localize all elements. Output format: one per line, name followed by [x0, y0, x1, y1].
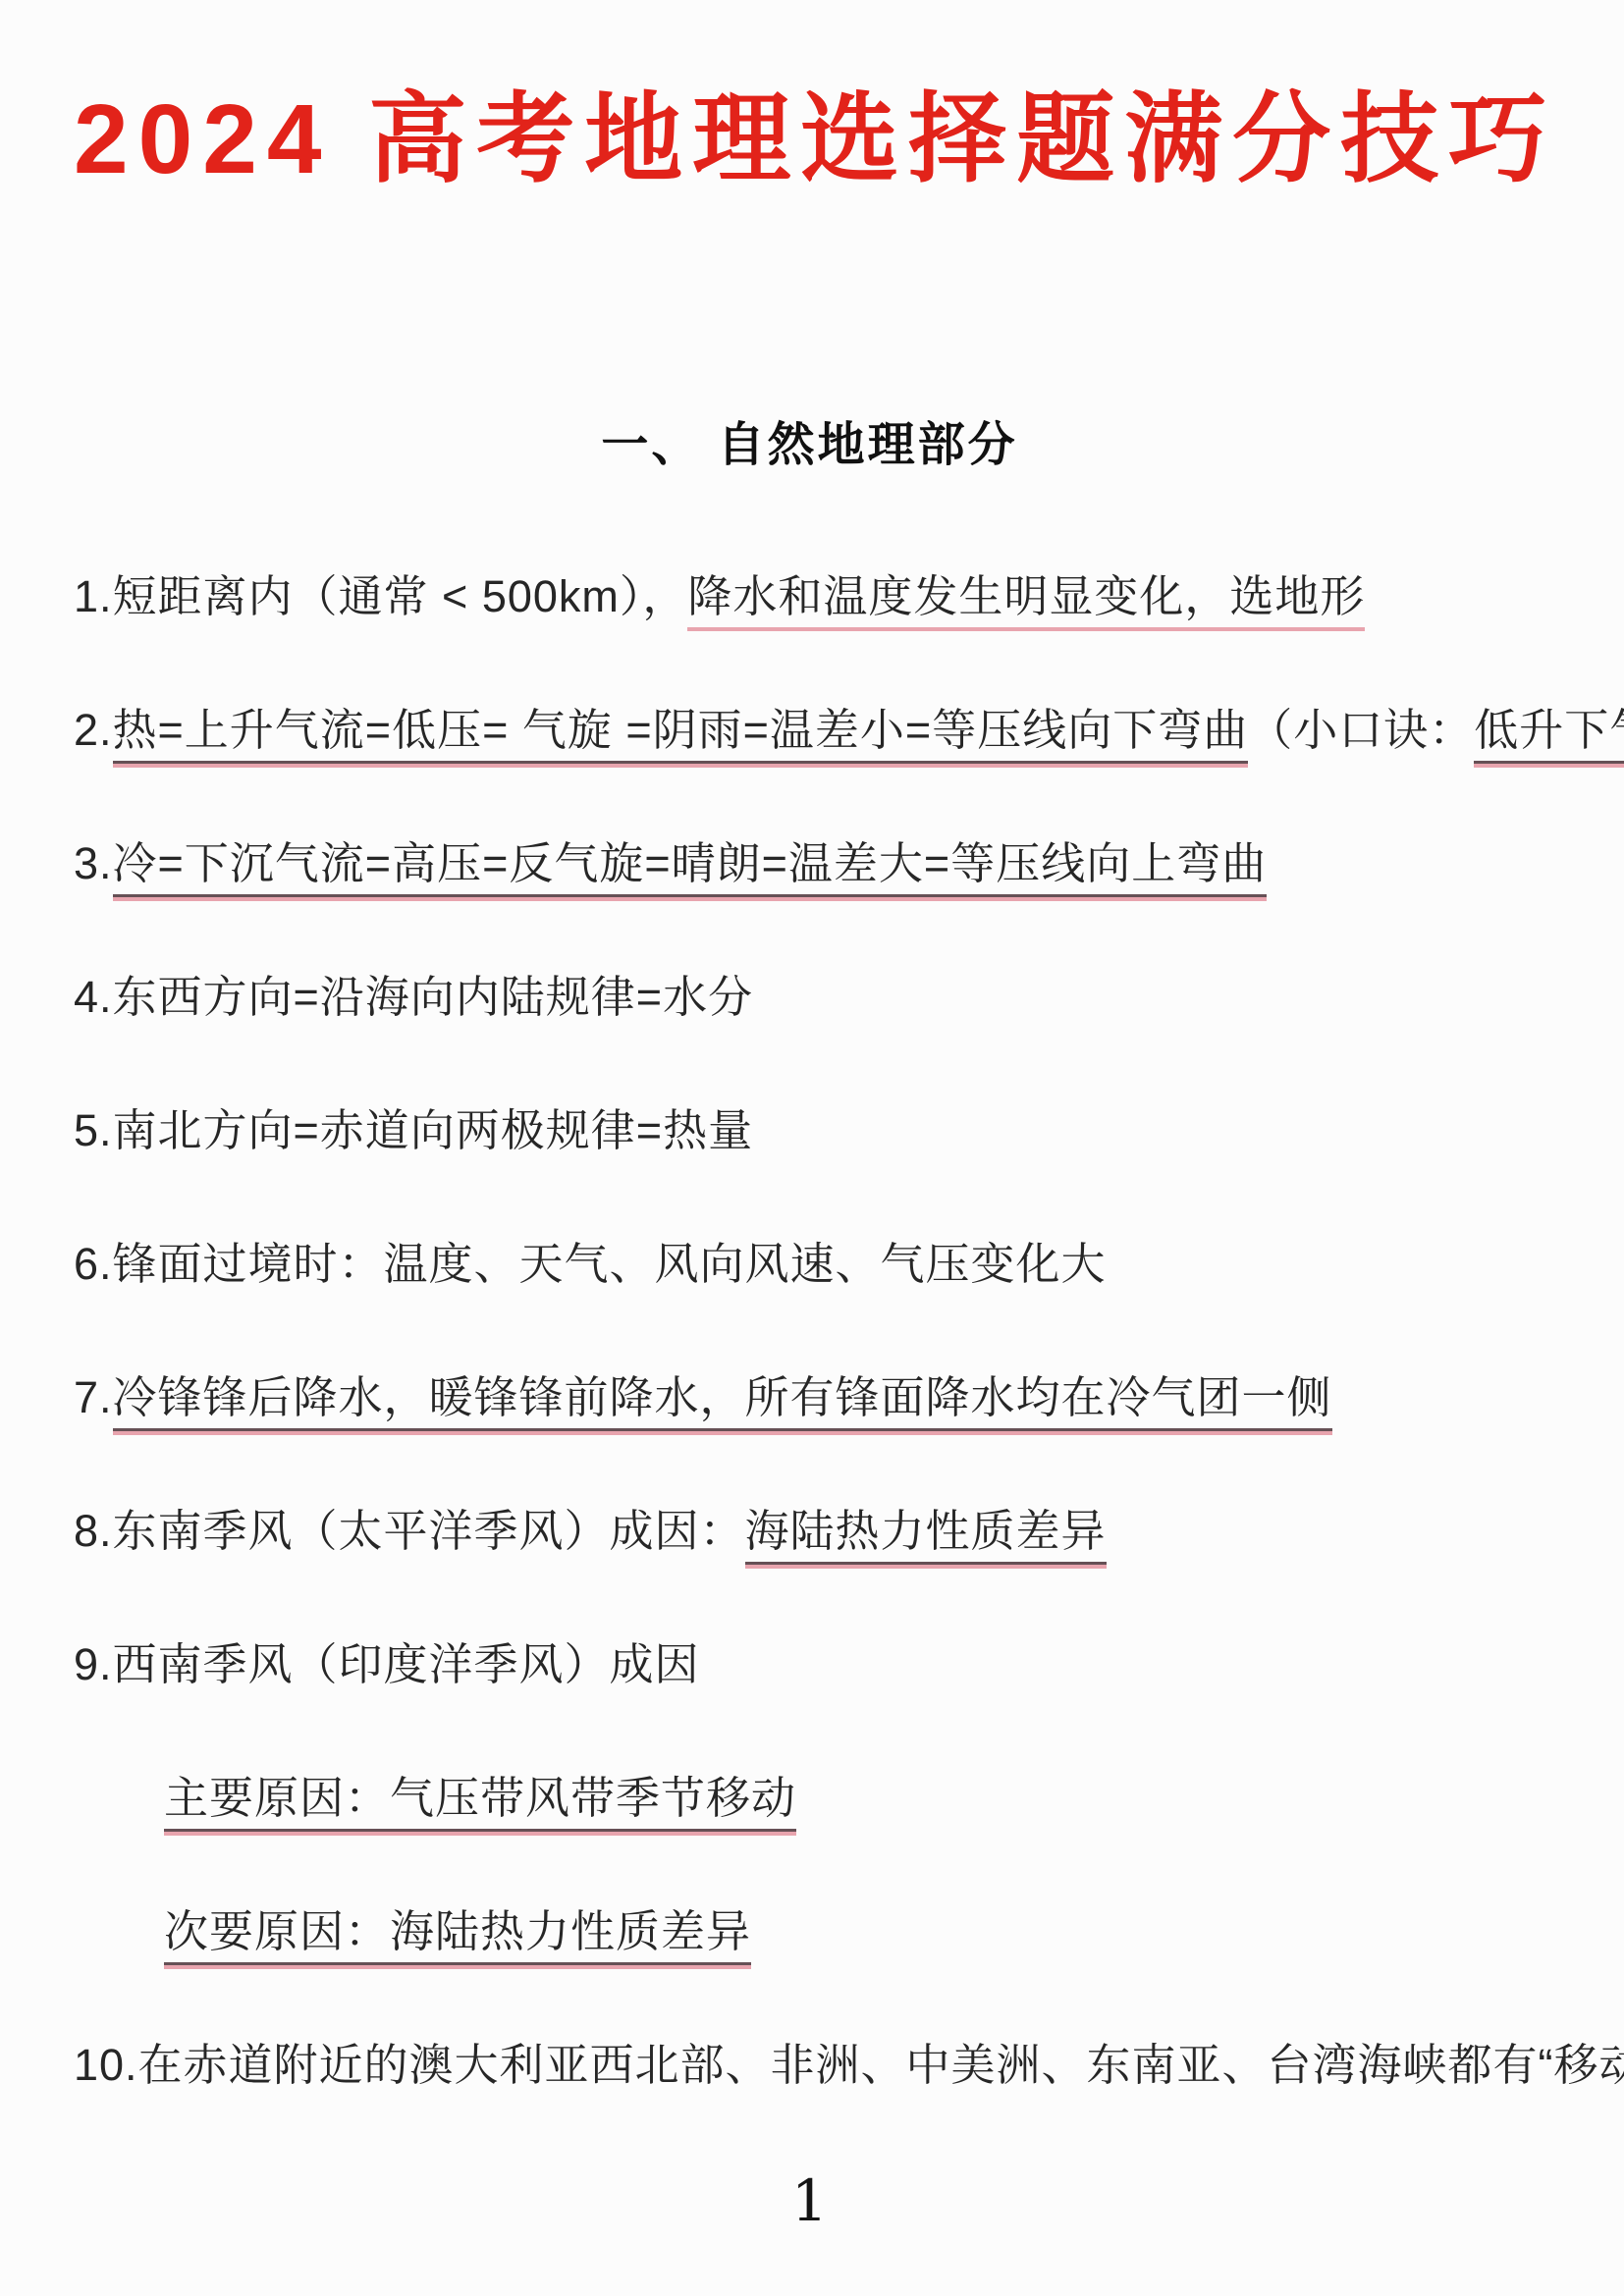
document-page: 2024 高考地理选择题满分技巧 一、 自然地理部分 1.短距离内（通常 < 5… [0, 0, 1624, 2296]
sub-list-item: 主要原因：气压带风带季节移动 [74, 1772, 1545, 1825]
underlined-text-segment: 冷=下沉气流=高压=反气旋=晴朗=温差大=等压线向上弯曲 [113, 838, 1268, 897]
list-item: 8.东南季风（太平洋季风）成因：海陆热力性质差异 [74, 1505, 1545, 1558]
underlined-text-segment: 海陆热力性质差异 [745, 1506, 1107, 1565]
underlined-text-segment: 低升下气 [1474, 705, 1624, 764]
list-item: 1.短距离内（通常 < 500km），降水和温度发生明显变化，选地形 [74, 570, 1545, 623]
sub-list-item: 次要原因：海陆热力性质差异 [74, 1905, 1545, 1958]
page-number: 1 [74, 2172, 1545, 2229]
underlined-text-segment: 降水和温度发生明显变化，选地形 [687, 571, 1365, 631]
text-segment: 4.东西方向=沿海向内陆规律=水分 [74, 972, 753, 1022]
list-item: 4.东西方向=沿海向内陆规律=水分 [74, 971, 1545, 1024]
text-segment: 10.在赤道附近的澳大利亚西北部、非洲、中美洲、东南亚、台湾海峡都有“移动季 [74, 2040, 1624, 2090]
text-segment: 6.锋面过境时：温度、天气、风向风速、气压变化大 [74, 1239, 1107, 1289]
text-segment: 7. [74, 1372, 113, 1422]
list-item: 7.冷锋锋后降水，暖锋锋前降水，所有锋面降水均在冷气团一侧 [74, 1371, 1545, 1424]
underlined-text-segment: 主要原因：气压带风带季节移动 [164, 1773, 796, 1832]
underlined-text-segment: 热=上升气流=低压= 气旋 =阴雨=温差小=等压线向下弯曲 [113, 705, 1249, 764]
underlined-text-segment: 冷锋锋后降水，暖锋锋前降水，所有锋面降水均在冷气团一侧 [113, 1372, 1332, 1431]
underlined-text-segment: 次要原因：海陆热力性质差异 [164, 1906, 751, 1965]
text-segment: 1.短距离内（通常 < 500km）， [74, 571, 687, 621]
items-list: 1.短距离内（通常 < 500km），降水和温度发生明显变化，选地形2.热=上升… [74, 570, 1545, 2092]
text-segment: （小口诀： [1248, 705, 1474, 755]
list-item: 10.在赤道附近的澳大利亚西北部、非洲、中美洲、东南亚、台湾海峡都有“移动季 [74, 2039, 1545, 2092]
text-segment: 8.东南季风（太平洋季风）成因： [74, 1506, 745, 1556]
list-item: 3.冷=下沉气流=高压=反气旋=晴朗=温差大=等压线向上弯曲 [74, 837, 1545, 890]
list-item: 6.锋面过境时：温度、天气、风向风速、气压变化大 [74, 1238, 1545, 1291]
text-segment: 9.西南季风（印度洋季风）成因 [74, 1639, 700, 1689]
text-segment: 5.南北方向=赤道向两极规律=热量 [74, 1105, 753, 1155]
page-title: 2024 高考地理选择题满分技巧 [74, 74, 1545, 206]
text-segment: 2. [74, 705, 113, 755]
list-item: 2.热=上升气流=低压= 气旋 =阴雨=温差小=等压线向下弯曲（小口诀：低升下气… [74, 704, 1545, 757]
list-item: 9.西南季风（印度洋季风）成因 [74, 1638, 1545, 1691]
text-segment: 3. [74, 838, 113, 888]
section-heading: 一、 自然地理部分 [74, 417, 1545, 474]
list-item: 5.南北方向=赤道向两极规律=热量 [74, 1104, 1545, 1157]
